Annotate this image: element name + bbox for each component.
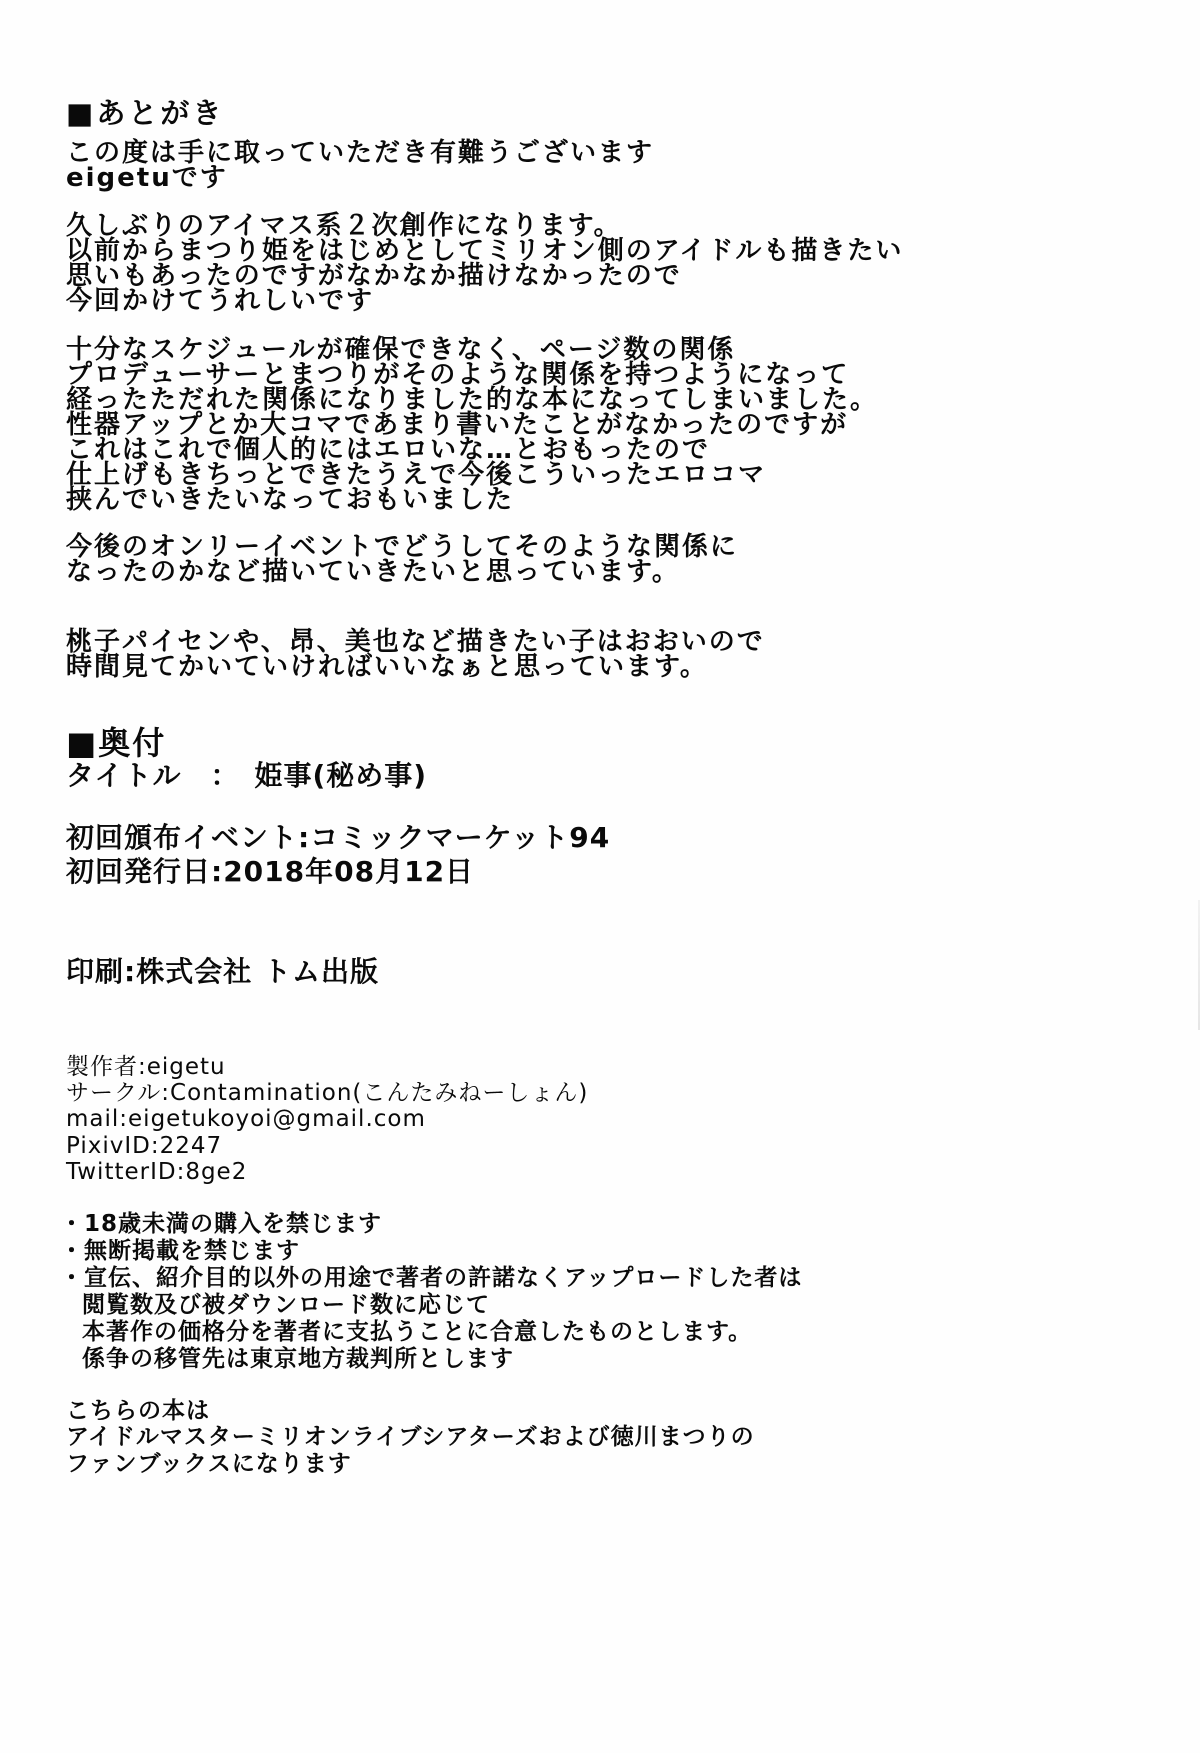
fanbook-note-line: アイドルマスターミリオンライブシアターズおよび徳川まつりの — [66, 1424, 755, 1450]
colophon-title: タイトル ： 姫事(秘め事) — [66, 760, 427, 792]
afterword-line: 時間見てかいていければいいなぁと思っています。 — [66, 653, 708, 681]
author-mail: mail:eigetukoyoi@gmail.com — [66, 1106, 426, 1132]
notice-item: ・無断掲載を禁じます — [60, 1238, 300, 1264]
author-pixiv: PixivID:2247 — [66, 1133, 222, 1159]
colophon-event: 初回頒布イベント:コミックマーケット94 — [66, 822, 610, 854]
afterword-heading: ■あとがき — [66, 97, 224, 129]
notice-continuation: 係争の移管先は東京地方裁判所とします — [82, 1346, 514, 1372]
author-creator: 製作者:eigetu — [66, 1054, 226, 1080]
colophon-heading: ■奥付 — [66, 726, 166, 760]
fanbook-note-line: こちらの本は — [66, 1398, 210, 1424]
colophon-date: 初回発行日:2018年08月12日 — [66, 856, 474, 888]
afterword-line: eigetuです — [66, 164, 228, 192]
notice-item: ・宣伝、紹介目的以外の用途で著者の許諾なくアップロードした者は — [60, 1265, 802, 1291]
afterword-line: 挟んでいきたいなっておもいました — [66, 486, 514, 514]
notice-continuation: 本著作の価格分を著者に支払うことに合意したものとします。 — [82, 1319, 752, 1345]
fanbook-note-line: ファンブックスになります — [66, 1451, 352, 1477]
notice-item: ・18歳未満の購入を禁じます — [60, 1211, 382, 1237]
author-circle: サークル:Contamination(こんたみねーしょん) — [66, 1080, 588, 1106]
afterword-line: 今回かけてうれしいです — [66, 287, 374, 315]
notice-continuation: 閲覧数及び被ダウンロード数に応じて — [82, 1292, 490, 1318]
afterword-line: なったのかなど描いていきたいと思っています。 — [66, 558, 680, 586]
author-twitter: TwitterID:8ge2 — [66, 1159, 247, 1185]
colophon-printer: 印刷:株式会社 トム出版 — [66, 956, 379, 988]
document-page: ■あとがき この度は手に取っていただき有難うございます eigetuです 久しぶ… — [0, 0, 1200, 1753]
